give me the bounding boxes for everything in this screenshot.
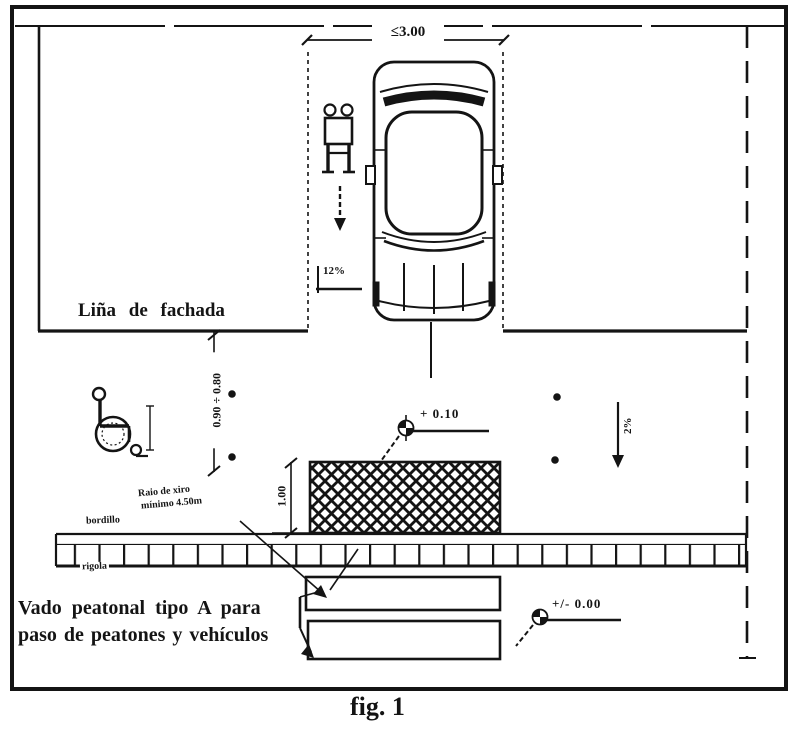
vado-caption-line1: Vado peatonal tipo A para <box>18 598 261 619</box>
crosswalk-stripes <box>306 577 500 659</box>
kerb-band <box>56 534 746 566</box>
cross-slope-label: 2% <box>623 409 635 443</box>
cross-slope-arrow <box>612 402 624 468</box>
wheelchair-front-icon <box>322 105 355 173</box>
gutter-label: rigola <box>80 561 109 573</box>
bollard-dots <box>228 390 561 464</box>
car-plan-view <box>366 62 502 378</box>
level-marker-zero <box>516 610 621 647</box>
dimension-opening-label: ≤3.00 <box>372 25 444 41</box>
level-zero-label: +/- 0.00 <box>552 597 601 611</box>
dimension-sidewalk-label: 0.90 ÷ 0.80 <box>211 352 224 448</box>
figure-caption: fig. 1 <box>350 693 405 720</box>
vado-caption-line2: paso de peatones y vehículos <box>18 625 268 646</box>
level-marker-raised <box>381 415 489 461</box>
level-raised-label: + 0.10 <box>420 407 459 421</box>
facade-line-label: Liña de fachada <box>78 301 225 321</box>
dimension-vado-depth-label: 1.00 <box>276 473 289 519</box>
figure-scan: ≤3.00 Liña de fachada 0.90 ÷ 0.80 12% + … <box>0 0 800 732</box>
wheelchair-side-icon <box>93 388 154 456</box>
plan-drawing <box>0 0 800 732</box>
tactile-paving-area <box>310 462 500 533</box>
ramp-slope-label: 12% <box>323 266 345 278</box>
kerb-label: bordillo <box>84 515 122 527</box>
